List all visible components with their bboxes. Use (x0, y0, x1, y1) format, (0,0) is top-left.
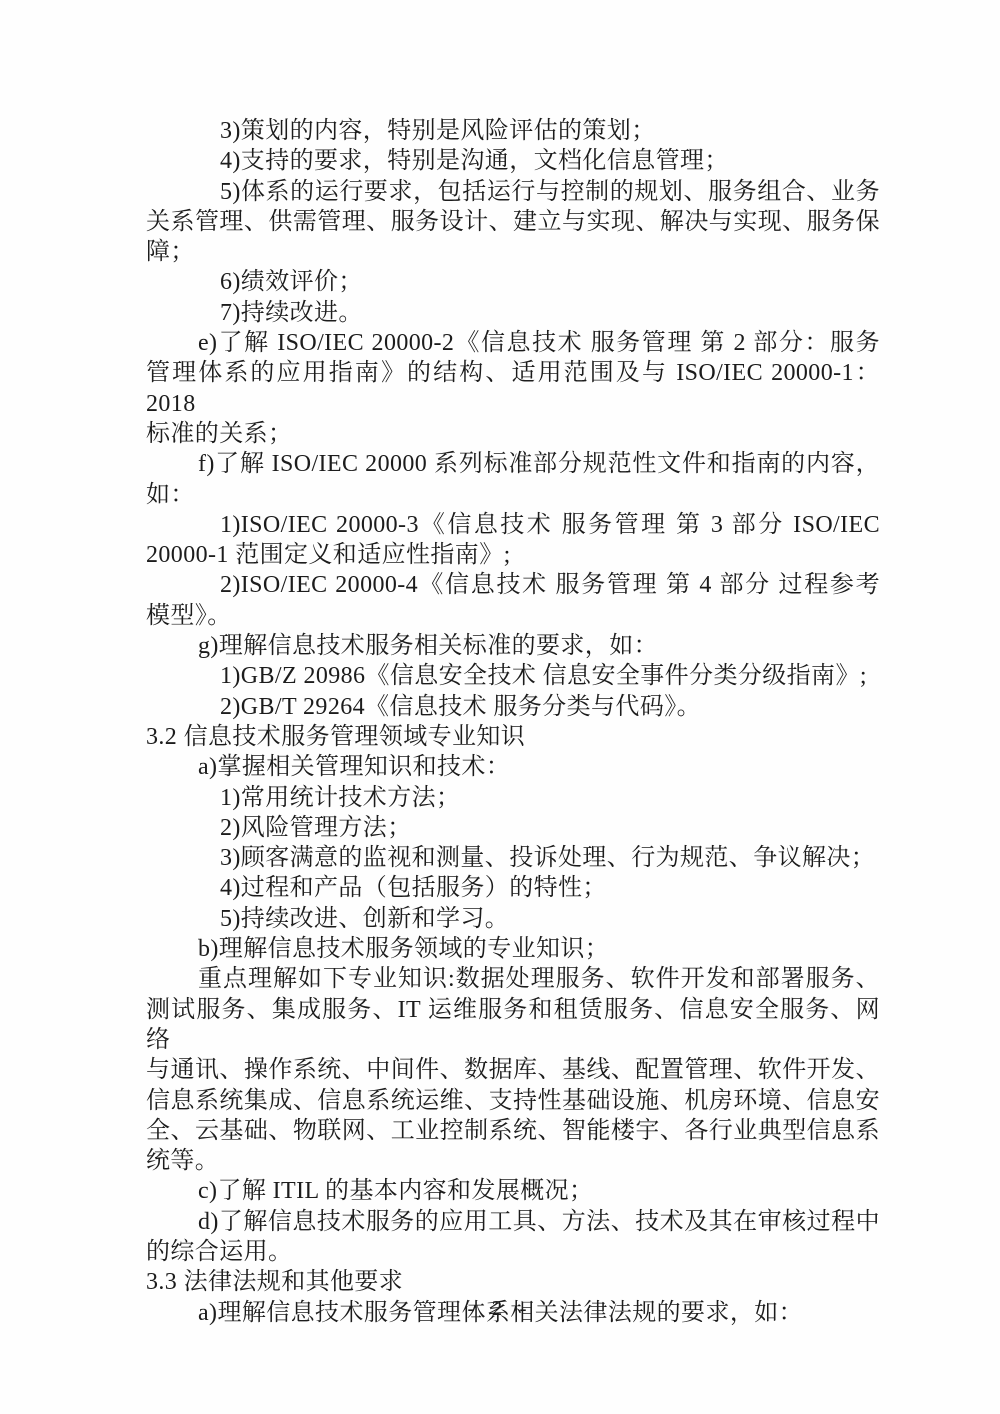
text-line: e)了解 ISO/IEC 20000-2《信息技术 服务管理 第 2 部分：服务 (146, 328, 880, 358)
text-line: 标准的关系； (146, 419, 880, 449)
text-line: 模型》。 (146, 601, 880, 631)
text-line: 5)体系的运行要求，包括运行与控制的规划、服务组合、业务 (146, 177, 880, 207)
text-line: 5)持续改进、创新和学习。 (146, 904, 880, 934)
text-line: 重点理解如下专业知识:数据处理服务、软件开发和部署服务、 (146, 964, 880, 994)
text-line: f)了解 ISO/IEC 20000 系列标准部分规范性文件和指南的内容， (146, 449, 880, 479)
text-line: 20000-1 范围定义和适应性指南》; (146, 540, 880, 570)
text-line: 3)策划的内容，特别是风险评估的策划； (146, 116, 880, 146)
page-number: - 2 - (0, 1296, 1000, 1321)
text-line: 管理体系的应用指南》的结构、适用范围及与 ISO/IEC 20000-1：201… (146, 358, 880, 419)
text-line: d)了解信息技术服务的应用工具、方法、技术及其在审核过程中 (146, 1207, 880, 1237)
text-line: 的综合运用。 (146, 1237, 880, 1267)
text-line: 6)绩效评价； (146, 267, 880, 297)
text-line: 2)风险管理方法； (146, 813, 880, 843)
text-line: 4)支持的要求，特别是沟通，文档化信息管理； (146, 146, 880, 176)
text-line: 如： (146, 480, 880, 510)
text-line: 信息系统集成、信息系统运维、支持性基础设施、机房环境、信息安 (146, 1086, 880, 1116)
text-line: 7)持续改进。 (146, 298, 880, 328)
text-line: a)掌握相关管理知识和技术： (146, 752, 880, 782)
text-line: 全、云基础、物联网、工业控制系统、智能楼宇、各行业典型信息系 (146, 1116, 880, 1146)
text-line: 障； (146, 237, 880, 267)
text-line: 1)常用统计技术方法； (146, 783, 880, 813)
text-line: 关系管理、供需管理、服务设计、建立与实现、解决与实现、服务保 (146, 207, 880, 237)
text-line: 1)GB/Z 20986《信息安全技术 信息安全事件分类分级指南》; (146, 661, 880, 691)
text-line: 与通讯、操作系统、中间件、数据库、基线、配置管理、软件开发、 (146, 1055, 880, 1085)
text-line: 1)ISO/IEC 20000-3《信息技术 服务管理 第 3 部分 ISO/I… (146, 510, 880, 540)
text-line: 3.2 信息技术服务管理领域专业知识 (146, 722, 880, 752)
document-page: 3)策划的内容，特别是风险评估的策划；4)支持的要求，特别是沟通，文档化信息管理… (0, 0, 1000, 1414)
text-line: 4)过程和产品（包括服务）的特性； (146, 873, 880, 903)
text-line: b)理解信息技术服务领域的专业知识； (146, 934, 880, 964)
text-line: 3.3 法律法规和其他要求 (146, 1267, 880, 1297)
text-line: c)了解 ITIL 的基本内容和发展概况； (146, 1176, 880, 1206)
text-line: 统等。 (146, 1146, 880, 1176)
text-line: g)理解信息技术服务相关标准的要求，如： (146, 631, 880, 661)
text-line: 2)ISO/IEC 20000-4《信息技术 服务管理 第 4 部分 过程参考 (146, 570, 880, 600)
text-line: 2)GB/T 29264《信息技术 服务分类与代码》。 (146, 692, 880, 722)
document-body: 3)策划的内容，特别是风险评估的策划；4)支持的要求，特别是沟通，文档化信息管理… (146, 116, 880, 1328)
text-line: 3)顾客满意的监视和测量、投诉处理、行为规范、争议解决； (146, 843, 880, 873)
text-line: 测试服务、集成服务、IT 运维服务和租赁服务、信息安全服务、网络 (146, 995, 880, 1056)
